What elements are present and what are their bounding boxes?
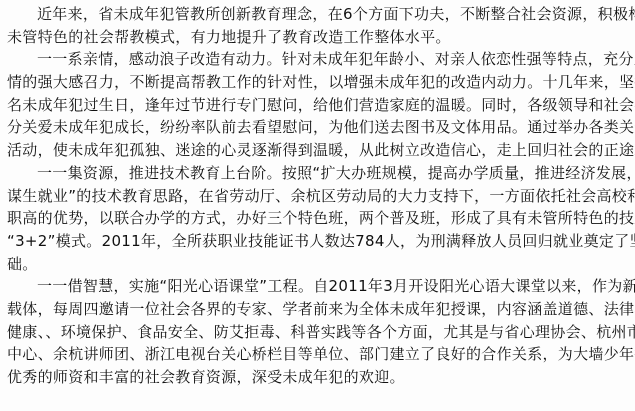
text-line: 优秀的师资和丰富的社会教育资源，深受未成年犯的欢迎。 [7, 366, 632, 389]
text-line: 中心、余杭讲师团、浙江电视台关心桥栏目等单位、部门建立了良好的合作关系，为大墙少… [7, 343, 632, 366]
paragraph-intro: 近年来，省未成年犯管教所创新教育理念，在6个方面下功夫，不断整合社会资源，积极构… [7, 3, 632, 48]
text-line: 谋生就业”的技术教育思路，在省劳动厅、余杭区劳动局的大力支持下，一方面依托社会高… [7, 185, 632, 208]
paragraph-wisdom: 一一借智慧，实施“阳光心语课堂”工程。自2011年3月开设阳光心语大课堂以来，作… [7, 275, 632, 388]
text-line: 分关爱未成年犯成长，纷纷率队前去看望慰问，为他们送去图书及文体用品。通过举办各类… [7, 116, 632, 139]
text-line: 健康、、环境保护、食品安全、防艾拒毒、科普实践等各个方面，尤其是与省心理协会、杭… [7, 321, 632, 344]
text-line: 一一借智慧，实施“阳光心语课堂”工程。自2011年3月开设阳光心语大课堂以来，作… [7, 275, 632, 298]
text-line: 活动，使未成年犯孤独、迷途的心灵逐渐得到温暖，从此树立改造信心，走上回归社会的正… [7, 139, 632, 162]
paragraph-resources: 一一集资源，推进技术教育上台阶。按照“扩大办班规模，提高办学质量，推进经济发展，… [7, 162, 632, 275]
text-line: “3+2”模式。2011年，全所获职业技能证书人数达784人，为刑满释放人员回归… [7, 230, 632, 253]
text-line: 一一系亲情，感动浪子改造有动力。针对未成年犯年龄小、对亲人依恋性强等特点，充分发… [7, 48, 632, 71]
paragraph-family-bonds: 一一系亲情，感动浪子改造有动力。针对未成年犯年龄小、对亲人依恋性强等特点，充分发… [7, 48, 632, 161]
text-line: 载体，每周四邀请一位社会各界的专家、学者前来为全体未成年犯授课，内容涵盖道德、法… [7, 298, 632, 321]
text-line: 近年来，省未成年犯管教所创新教育理念，在6个方面下功夫，不断整合社会资源，积极构… [7, 3, 632, 26]
text-line: 未管特色的社会帮教模式，有力地提升了教育改造工作整体水平。 [7, 26, 632, 49]
text-line: 情的强大感召力，不断提高帮教工作的针对性，以增强未成年犯的改造内动力。十几年来，… [7, 71, 632, 94]
text-line: 名未成年犯过生日，逢年过节进行专门慰问，给他们营造家庭的温暖。同时，各级领导和社… [7, 94, 632, 117]
article-body: 近年来，省未成年犯管教所创新教育理念，在6个方面下功夫，不断整合社会资源，积极构… [7, 3, 632, 389]
text-line: 一一集资源，推进技术教育上台阶。按照“扩大办班规模，提高办学质量，推进经济发展，… [7, 162, 632, 185]
text-line: 础。 [7, 253, 632, 276]
text-line: 职高的优势，以联合办学的方式，办好三个特色班，两个普及班，形成了具有未管所特色的… [7, 207, 632, 230]
